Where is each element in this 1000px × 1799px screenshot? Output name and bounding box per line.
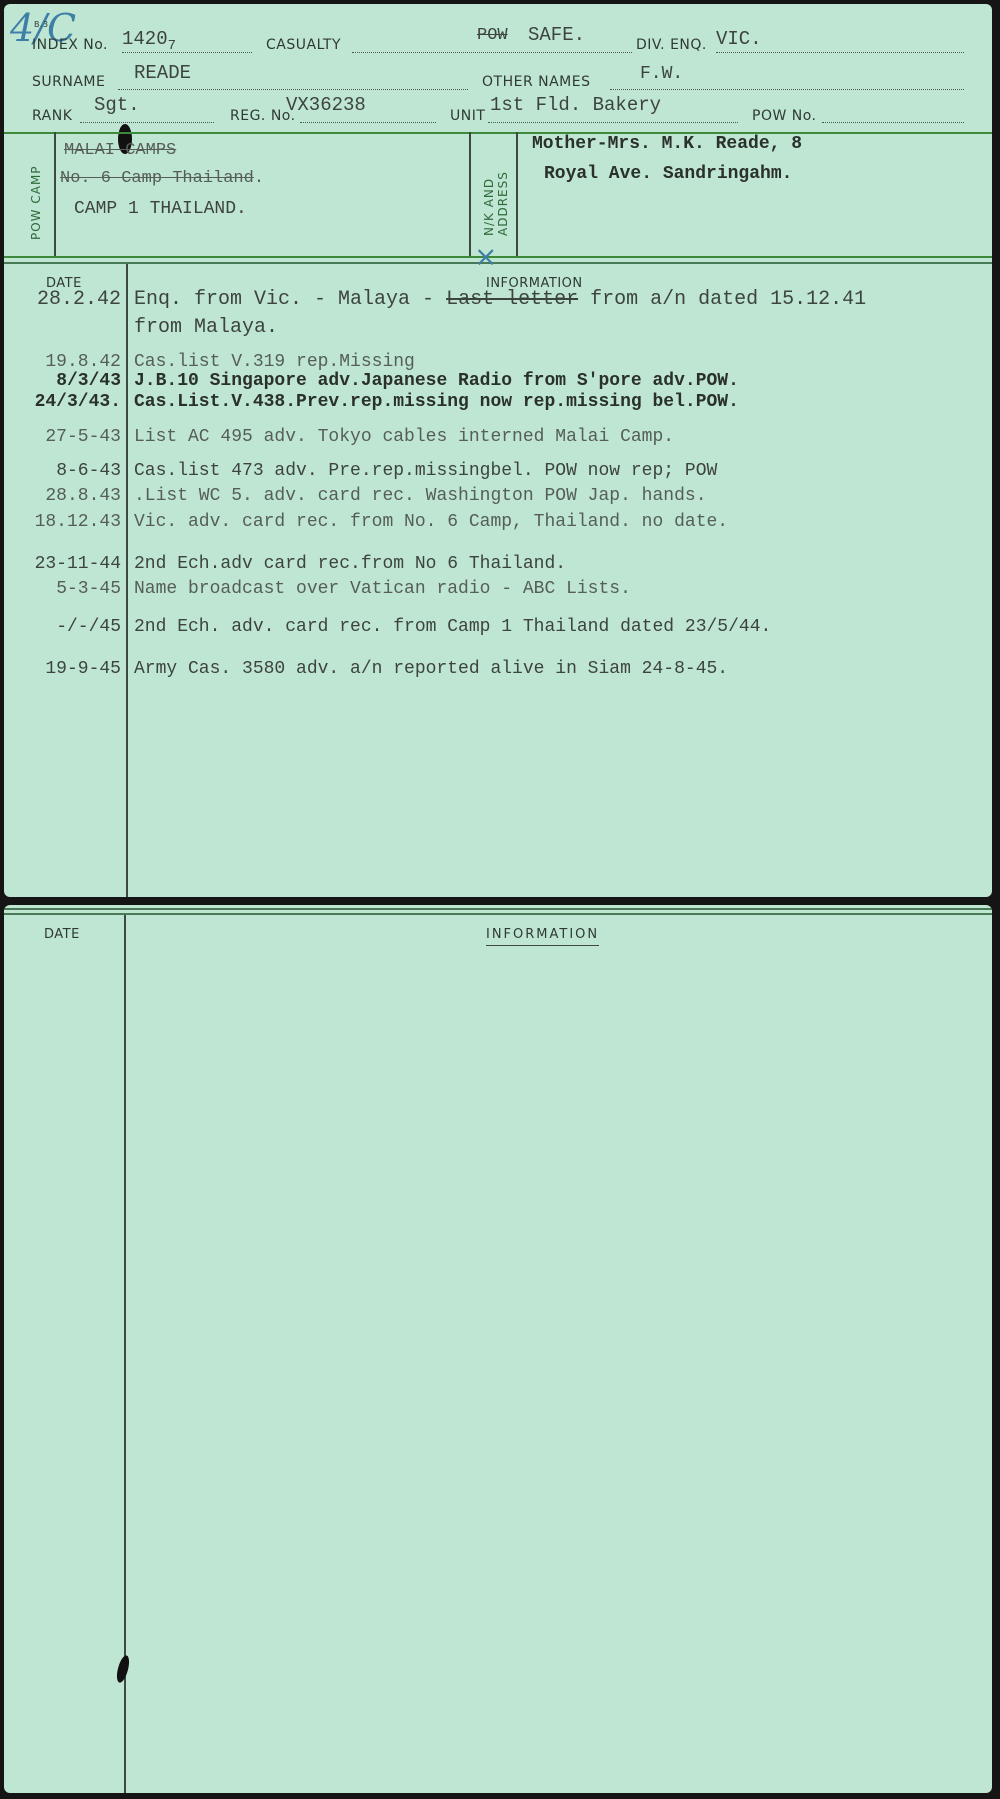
entry-text: Enq. from Vic. - Malaya - Last letter fr… (134, 288, 866, 311)
entry-text: Cas.list V.319 rep.Missing (134, 352, 415, 372)
pow-camp-line-3: CAMP 1 THAILAND. (74, 199, 247, 219)
entry-text: Army Cas. 3580 adv. a/n reported alive i… (134, 659, 728, 679)
entry-text: 2nd Ech.adv card rec.from No 6 Thailand. (134, 554, 566, 574)
entry-date: 8/3/43 (56, 371, 121, 391)
entry-date: 18.12.43 (35, 512, 121, 532)
surname-label: SURNAME (32, 74, 105, 90)
entry-text: J.B.10 Singapore adv.Japanese Radio from… (134, 371, 739, 391)
entry-date: 27-5-43 (45, 427, 121, 447)
punch-hole (115, 1654, 132, 1684)
entry-date: 28.2.42 (37, 288, 121, 311)
back-date-column-header: DATE (44, 927, 80, 942)
surname-value: READE (134, 62, 191, 84)
nok-line-1: Mother-Mrs. M.K. Reade, 8 (532, 134, 802, 154)
entry-text: Cas.list 473 adv. Pre.rep.missingbel. PO… (134, 461, 717, 481)
nok-label-line-2: ADDRESS (496, 171, 510, 236)
rank-value: Sgt. (94, 94, 140, 116)
casualty-label: CASUALTY (266, 37, 341, 53)
reg-no-value: VX36238 (286, 94, 366, 116)
form-code: B.3. (34, 20, 52, 29)
unit-value: 1st Fld. Bakery (490, 94, 661, 116)
record-card-front: 4/C B.3. INDEX No. 14207 CASUALTY POW SA… (4, 4, 992, 897)
entry-text: Name broadcast over Vatican radio - ABC … (134, 579, 631, 599)
entry-text: .List WC 5. adv. card rec. Washington PO… (134, 486, 707, 506)
index-no-value: 14207 (122, 28, 176, 50)
entry-text: from Malaya. (134, 316, 278, 339)
div-enq-label: DIV. ENQ. (636, 37, 707, 53)
back-information-column-header: INFORMATION (486, 927, 599, 946)
index-no-label: INDEX No. (32, 37, 108, 53)
pencil-cross-mark: × (474, 240, 497, 273)
pow-camp-line-1: MALAI CAMPS (64, 141, 176, 160)
unit-label: UNIT (450, 108, 485, 124)
casualty-struck: POW (477, 26, 508, 45)
pow-camp-line-2: No. 6 Camp Thailand. (60, 169, 264, 188)
record-card-back: DATE INFORMATION (4, 905, 992, 1793)
entry-date: 19.8.42 (45, 352, 121, 372)
nok-line-2: Royal Ave. Sandringahm. (544, 164, 792, 184)
entry-date: 5-3-45 (56, 579, 121, 599)
rank-label: RANK (32, 108, 72, 124)
pow-no-label: POW No. (752, 108, 817, 124)
entry-date: 19-9-45 (45, 659, 121, 679)
nok-label-line-1: N/K AND (482, 178, 496, 236)
other-names-label: OTHER NAMES (482, 74, 590, 90)
entry-date: -/-/45 (56, 617, 121, 637)
casualty-value: SAFE. (528, 24, 585, 46)
entry-text: List AC 495 adv. Tokyo cables interned M… (134, 427, 674, 447)
entry-date: 23-11-44 (35, 554, 121, 574)
entry-text: Vic. adv. card rec. from No. 6 Camp, Tha… (134, 512, 728, 532)
entry-date: 28.8.43 (45, 486, 121, 506)
div-enq-value: VIC. (716, 28, 762, 50)
entry-text: Cas.List.V.438.Prev.rep.missing now rep.… (134, 392, 739, 412)
entry-date: 8-6-43 (56, 461, 121, 481)
other-names-value: F.W. (640, 64, 683, 84)
entry-text: 2nd Ech. adv. card rec. from Camp 1 Thai… (134, 617, 771, 637)
entry-date: 24/3/43. (35, 392, 121, 412)
pow-camp-label: POW CAMP (29, 165, 43, 240)
